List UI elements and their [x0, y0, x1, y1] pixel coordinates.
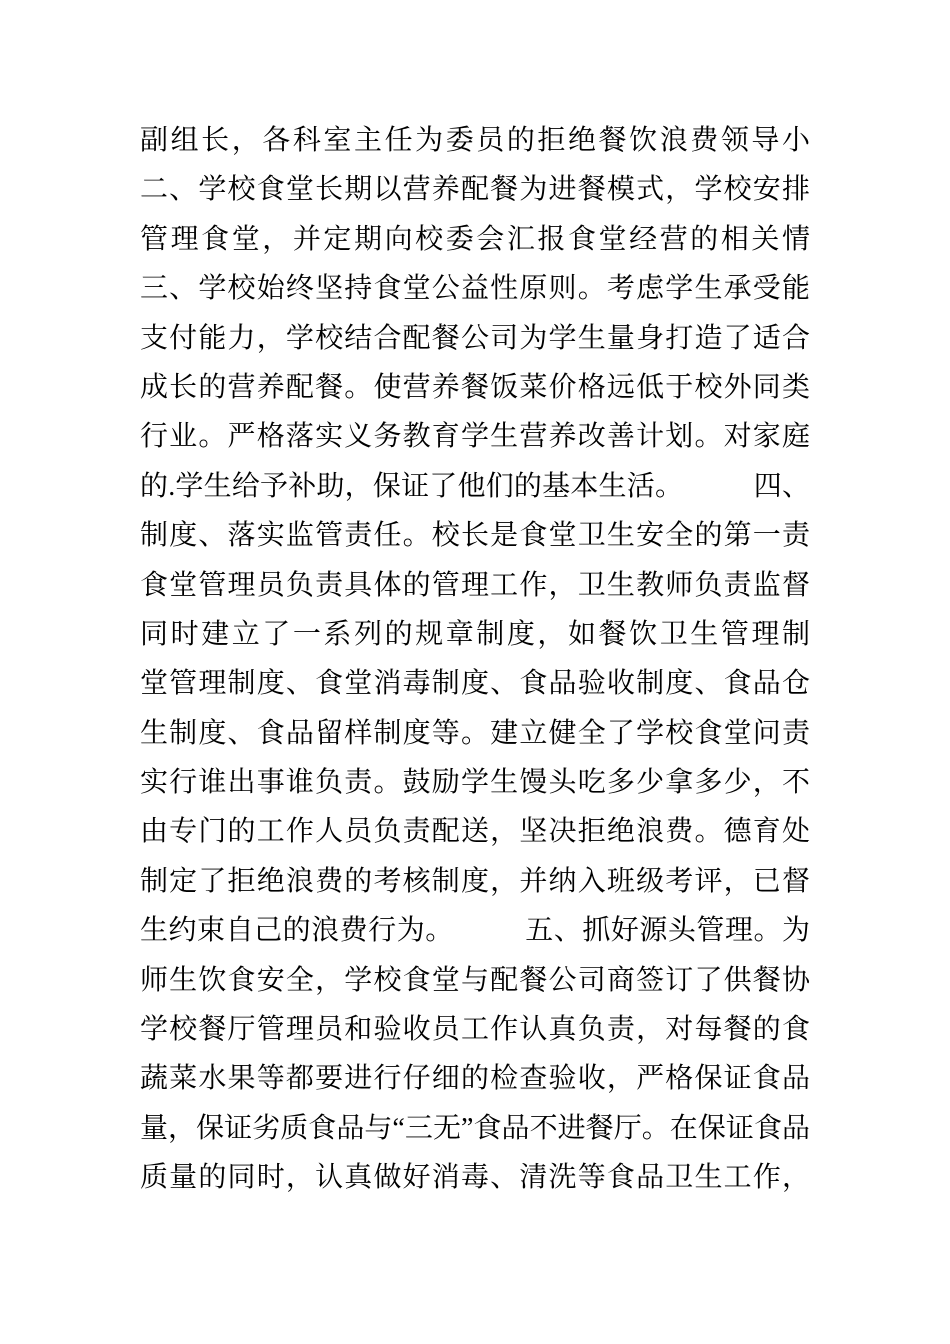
- text-line: 由专门的工作人员负责配送，坚决拒绝浪费。德育处专门: [140, 807, 810, 856]
- text-line: 成长的营养配餐。使营养餐饭菜价格远低于校外同类餐饮: [140, 363, 810, 412]
- text-line: 支付能力，学校结合配餐公司为学生量身打造了适合学生: [140, 314, 810, 363]
- text-line: 行业。严格落实义务教育学生营养改善计划。对家庭困难: [140, 412, 810, 461]
- text-line: 食堂管理员负责具体的管理工作，卫生教师负责监督管理: [140, 561, 810, 610]
- text-line: 管理食堂，并定期向校委会汇报食堂经营的相关情况。: [140, 215, 810, 264]
- text-line: 堂管理制度、食堂消毒制度、食品验收制度、食品仓储卫: [140, 659, 810, 708]
- text-line: 生制度、食品留样制度等。建立健全了学校食堂问责制度: [140, 709, 810, 758]
- text-line: 的.学生给予补助，保证了他们的基本生活。 四、健全: [140, 462, 810, 511]
- text-line: 量，保证劣质食品与“三无”食品不进餐厅。在保证食品: [140, 1104, 810, 1153]
- text-line: 三、学校始终坚持食堂公益性原则。考虑学生承受能力、: [140, 264, 810, 313]
- document-page: 副组长，各科室主任为委员的拒绝餐饮浪费领导小组。 二、学校食堂长期以营养配餐为进…: [0, 0, 950, 1344]
- text-line: 二、学校食堂长期以营养配餐为进餐模式，学校安排专人: [140, 165, 810, 214]
- text-line: 制定了拒绝浪费的考核制度，并纳入班级考评，已督促学: [140, 857, 810, 906]
- text-line: 同时建立了一系列的规章制度，如餐饮卫生管理制度、食: [140, 610, 810, 659]
- document-text-block: 副组长，各科室主任为委员的拒绝餐饮浪费领导小组。 二、学校食堂长期以营养配餐为进…: [140, 116, 810, 1203]
- text-line: 蔬菜水果等都要进行仔细的检查验收，严格保证食品的质: [140, 1054, 810, 1103]
- text-line: 生约束自己的浪费行为。 五、抓好源头管理。为确保: [140, 906, 810, 955]
- text-line: 学校餐厅管理员和验收员工作认真负责，对每餐的食品、: [140, 1005, 810, 1054]
- text-line: 副组长，各科室主任为委员的拒绝餐饮浪费领导小组。: [140, 116, 810, 165]
- text-line: 实行谁出事谁负责。鼓励学生馒头吃多少拿多少，不够，: [140, 758, 810, 807]
- text-line: 师生饮食安全，学校食堂与配餐公司商签订了供餐协议。: [140, 956, 810, 1005]
- text-line: 质量的同时，认真做好消毒、清洗等食品卫生工作，确保: [140, 1153, 810, 1202]
- text-line: 制度、落实监管责任。校长是食堂卫生安全的第一责任人: [140, 511, 810, 560]
